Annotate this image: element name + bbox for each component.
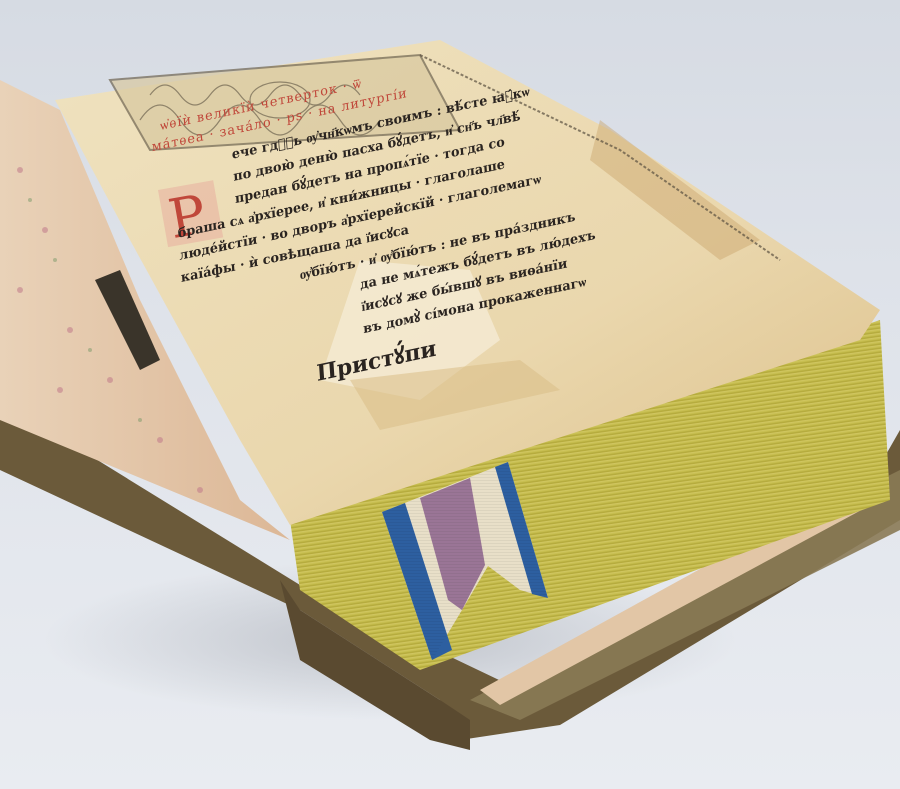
photo-scene: Р ѡ҆ѳїѝ великїѝ четверток · ѿ ма́тѳеа · … (0, 0, 900, 789)
ribbon-bookmark (0, 0, 900, 789)
